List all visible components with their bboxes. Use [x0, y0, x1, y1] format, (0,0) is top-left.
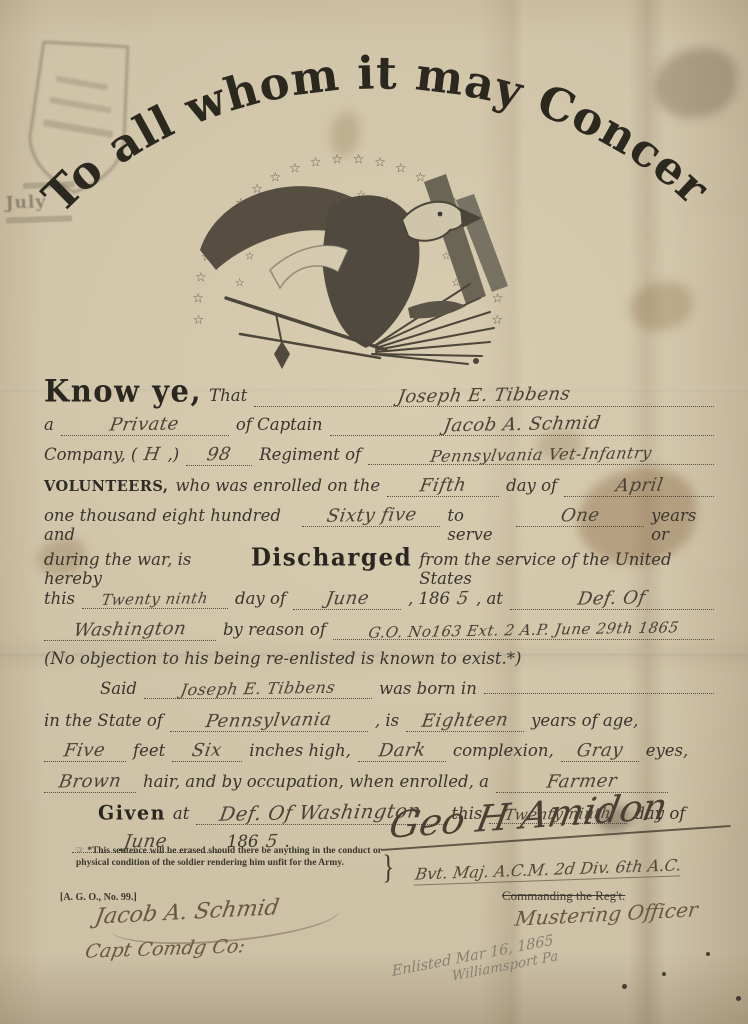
reason-blank: G.O. No163 Ext. 2 A.P. June 29th 1865 — [333, 620, 714, 640]
ink-dot — [622, 984, 627, 989]
captain-blank: Jacob A. Schmid — [330, 414, 714, 436]
form-line: a Private of Captain Jacob A. Schmid — [44, 414, 714, 444]
enrolled-day-blank: Fifth — [387, 475, 499, 497]
olive-branch — [408, 301, 466, 319]
discharge-month: June — [324, 588, 371, 610]
ago-reference: [A. G. O., No. 99.] — [60, 892, 137, 903]
birthplace-blank — [484, 693, 714, 694]
form-line: during the war, is hereby Discharged fro… — [44, 544, 714, 588]
form-line: in the State of Pennsylvania , is Eighte… — [44, 710, 714, 740]
enrolled-month-blank: April — [564, 475, 714, 497]
form-line: Five feet Six inches high, Dark complexi… — [44, 740, 714, 770]
given-word: Given — [98, 801, 166, 824]
volunteers-label: VOLUNTEERS, — [44, 478, 168, 495]
discharge-place-blank: Def. Of — [510, 588, 714, 610]
company-letter: H — [143, 444, 163, 465]
captain-title: Capt Comdg Co: — [84, 935, 247, 963]
printed-label: years of age, — [531, 711, 638, 730]
form-line: (No objection to his being re-enlisted i… — [44, 649, 714, 679]
form-line: Washington by reason of G.O. No163 Ext. … — [44, 619, 714, 649]
regiment-number: 98 — [206, 444, 233, 465]
eyes-entry: Gray — [575, 740, 624, 762]
form-line: Company, ( H ,) 98 Regiment of Pennsylva… — [44, 444, 714, 474]
printed-label: at — [173, 804, 189, 823]
footnote: ☞ *This sentence will be erased should t… — [76, 845, 382, 870]
feet-blank: Five — [44, 740, 126, 762]
printed-label: to serve — [447, 506, 509, 544]
printed-label: one thousand eight hundred and — [44, 506, 295, 544]
enrolled-month: April — [614, 474, 665, 496]
printed-label: day of — [506, 476, 557, 495]
said-name-blank: Joseph E. Tibbens — [144, 679, 372, 699]
printed-label: inches high, — [249, 741, 351, 760]
height-feet: Five — [63, 740, 108, 762]
discharge-reason: G.O. No163 Ext. 2 A.P. June 29th 1865 — [367, 618, 680, 641]
printed-label: a — [44, 415, 54, 434]
svg-text:☆: ☆ — [289, 162, 301, 177]
ink-dot — [736, 996, 741, 1001]
printed-label: in the State of — [44, 711, 163, 730]
service-term: One — [559, 505, 601, 527]
svg-text:☆: ☆ — [331, 152, 343, 167]
svg-text:☆: ☆ — [245, 250, 255, 263]
printed-label: That — [209, 386, 247, 405]
regiment-number-blank: 98 — [186, 444, 252, 466]
footnote-brace: } — [382, 847, 393, 890]
age-blank: Eighteen — [406, 710, 524, 732]
pointing-hand-icon: ☞ — [76, 845, 85, 856]
svg-text:☆: ☆ — [492, 292, 504, 307]
discharge-month-blank: June — [293, 588, 401, 610]
printed-label: this — [44, 589, 75, 608]
printed-label: , at — [476, 589, 503, 608]
year-digit: 5 — [455, 588, 470, 609]
svg-text:☆: ☆ — [491, 313, 503, 328]
svg-text:☆: ☆ — [310, 155, 322, 170]
know-ye-heading: Know ye, — [44, 373, 202, 409]
printed-label: , is — [375, 711, 399, 730]
rank-blank: Private — [61, 414, 229, 436]
form-line: VOLUNTEERS, who was enrolled on the Fift… — [44, 475, 714, 505]
printed-label: complexion, — [453, 741, 554, 760]
said-name: Joseph E. Tibbens — [179, 678, 336, 700]
birth-state: Pennsylvania — [204, 709, 333, 732]
rank-entry: Private — [109, 413, 181, 435]
form-line: Said Joseph E. Tibbens was born in — [44, 679, 714, 709]
printed-label: feet — [133, 741, 165, 760]
printed-label: Said — [100, 679, 137, 698]
printed-label: years or — [651, 506, 714, 544]
svg-text:☆: ☆ — [193, 313, 205, 328]
height-inches: Six — [191, 740, 224, 762]
state-blank: Pennsylvania — [170, 710, 368, 732]
regiment-blank: Pennsylvania Vet-Infantry — [368, 445, 714, 465]
service-term-blank: One — [516, 505, 644, 527]
printed-label: day of — [235, 589, 286, 608]
no-objection-clause: (No objection to his being re-enlisted i… — [44, 649, 521, 668]
svg-text:☆: ☆ — [235, 276, 245, 289]
printed-label: , 186 — [408, 589, 450, 608]
svg-text:☆: ☆ — [374, 155, 386, 170]
svg-text:☆: ☆ — [195, 270, 207, 285]
printed-label: was born in — [379, 679, 477, 698]
printed-label: from the service of the United States — [419, 550, 714, 588]
printed-label: hair, and by occupation, when enrolled, … — [143, 772, 489, 791]
tassel — [274, 341, 290, 369]
printed-label: Company, ( — [44, 445, 137, 464]
discharged-word: Discharged — [251, 543, 412, 571]
form-line: Know ye, That Joseph E. Tibbens — [44, 374, 714, 414]
discharge-place-2: Washington — [72, 618, 188, 641]
svg-text:☆: ☆ — [395, 162, 407, 177]
form-line: this Twenty ninth day of June , 186 5 , … — [44, 588, 714, 618]
eagle-illustration: ☆☆☆☆☆☆☆☆☆☆☆☆☆☆☆☆☆☆☆☆☆☆☆☆☆☆☆☆☆☆☆☆☆☆☆☆ — [178, 148, 522, 382]
eyes-blank: Gray — [561, 740, 639, 762]
captain-name: Jacob A. Schmid — [442, 413, 602, 437]
complexion-entry: Dark — [377, 740, 427, 762]
age-entry: Eighteen — [420, 709, 510, 732]
eagle-eye — [438, 212, 443, 217]
printed-label: of Captain — [236, 415, 323, 434]
enrolled-day: Fifth — [418, 474, 468, 496]
year-words-blank: Sixty five — [302, 505, 440, 527]
ink-dot — [706, 952, 710, 956]
footnote-text: *This sentence will be erased should the… — [76, 846, 382, 868]
soldier-name: Joseph E. Tibbens — [396, 383, 572, 407]
discharge-certificate: July To all whom it may Concern: ☆☆☆☆☆☆☆… — [0, 0, 748, 1024]
ink-stain — [630, 282, 692, 330]
regiment-name: Pennsylvania Vet-Infantry — [429, 443, 653, 466]
printed-label: during the war, is hereby — [44, 550, 244, 588]
printed-label: Regiment of — [259, 445, 361, 464]
svg-text:☆: ☆ — [353, 152, 365, 167]
ink-dot — [662, 972, 666, 976]
year-words: Sixty five — [325, 504, 418, 527]
svg-text:☆: ☆ — [270, 170, 282, 185]
hair-blank: Brown — [44, 771, 136, 793]
discharge-place-1: Def. Of — [576, 588, 647, 610]
inches-blank: Six — [172, 740, 242, 762]
hair-entry: Brown — [57, 770, 123, 792]
printed-label: ,) — [168, 445, 180, 464]
name-blank: Joseph E. Tibbens — [254, 385, 714, 407]
svg-text:☆: ☆ — [192, 292, 204, 307]
complexion-blank: Dark — [358, 740, 446, 762]
discharge-day-blank: Twenty ninth — [82, 589, 228, 609]
printed-label: who was enrolled on the — [175, 476, 380, 495]
printed-label: eyes, — [646, 741, 689, 760]
pencil-note: Enlisted Mar 16, 1865 Williamsport Pa — [390, 932, 559, 995]
discharge-day: Twenty ninth — [100, 589, 209, 609]
printed-label: by reason of — [223, 620, 326, 639]
form-line: one thousand eight hundred and Sixty fiv… — [44, 505, 714, 544]
discharge-place2-blank: Washington — [44, 619, 216, 641]
